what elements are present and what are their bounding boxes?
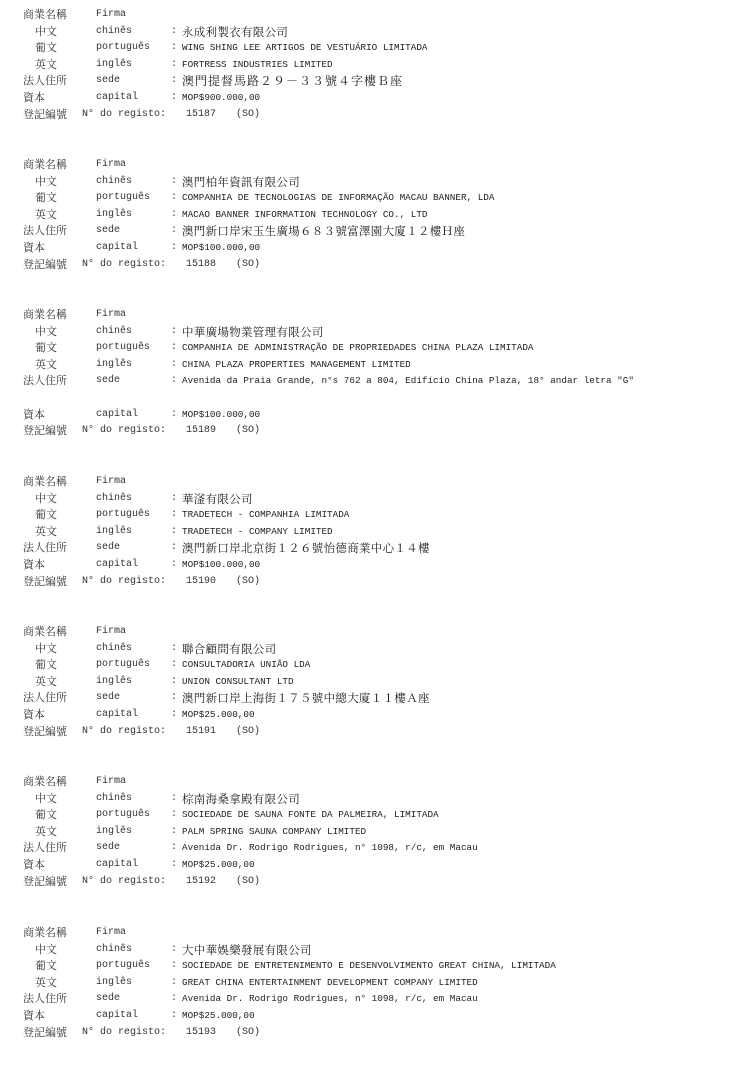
portuguese-name: COMPANHIA DE ADMINISTRAÇÃO DE PROPRIEDAD… xyxy=(182,340,533,357)
separator: : xyxy=(171,324,177,341)
registo-zh-label: 登記編號 xyxy=(23,257,67,274)
sede-zh-label: 法人住所 xyxy=(23,373,67,390)
capital-row: 資本 capital : MOP$25.000,00 xyxy=(0,707,752,724)
chines-pt-label: chinês xyxy=(96,641,132,658)
registration-suffix: (SO) xyxy=(236,107,260,124)
portugues-pt-label: português xyxy=(96,958,150,975)
capital-amount: MOP$25.000,00 xyxy=(182,1008,255,1025)
firma-header-row: 商業名稱 Firma xyxy=(0,157,752,174)
ingles-pt-label: inglês xyxy=(96,824,132,841)
registration-suffix: (SO) xyxy=(236,423,260,440)
chines-zh-label: 中文 xyxy=(35,324,57,341)
sede-zh-label: 法人住所 xyxy=(23,991,67,1008)
registo-pt-label: N° do registo: xyxy=(82,107,166,124)
company-entry: 商業名稱 Firma 中文 chinês : 澳門柏年資訊有限公司 葡文 por… xyxy=(0,157,752,273)
company-entry: 商業名稱 Firma 中文 chinês : 中華廣場物業管理有限公司 葡文 p… xyxy=(0,307,752,440)
chines-pt-label: chinês xyxy=(96,24,132,41)
firma-header-row: 商業名稱 Firma xyxy=(0,474,752,491)
capital-pt-label: capital xyxy=(96,407,138,424)
registration-number: 15191 xyxy=(186,724,216,741)
firma-header-row: 商業名稱 Firma xyxy=(0,624,752,641)
ingles-row: 英文 inglês : GREAT CHINA ENTERTAINMENT DE… xyxy=(0,975,752,992)
firma-header-row: 商業名稱 Firma xyxy=(0,7,752,24)
capital-amount: MOP$100.000,00 xyxy=(182,407,260,424)
separator: : xyxy=(171,942,177,959)
ingles-row: 英文 inglês : CHINA PLAZA PROPERTIES MANAG… xyxy=(0,357,752,374)
registo-row: 登記編號 N° do registo: 15187 (SO) xyxy=(0,107,752,124)
capital-pt-label: capital xyxy=(96,90,138,107)
ingles-row: 英文 inglês : PALM SPRING SAUNA COMPANY LI… xyxy=(0,824,752,841)
capital-row: 資本 capital : MOP$100.000,00 xyxy=(0,240,752,257)
registo-zh-label: 登記編號 xyxy=(23,724,67,741)
portugues-pt-label: português xyxy=(96,40,150,57)
capital-pt-label: capital xyxy=(96,1008,138,1025)
registo-pt-label: N° do registo: xyxy=(82,724,166,741)
chines-zh-label: 中文 xyxy=(35,641,57,658)
company-entry: 商業名稱 Firma 中文 chinês : 華滏有限公司 葡文 portugu… xyxy=(0,474,752,590)
capital-zh-label: 資本 xyxy=(23,707,45,724)
ingles-pt-label: inglês xyxy=(96,975,132,992)
ingles-pt-label: inglês xyxy=(96,524,132,541)
capital-amount: MOP$100.000,00 xyxy=(182,240,260,257)
separator: : xyxy=(171,223,177,240)
sede-pt-label: sede xyxy=(96,373,120,390)
chines-row: 中文 chinês : 澳門柏年資訊有限公司 xyxy=(0,174,752,191)
registration-number: 15189 xyxy=(186,423,216,440)
ingles-row: 英文 inglês : UNION CONSULTANT LTD xyxy=(0,674,752,691)
capital-zh-label: 資本 xyxy=(23,1008,45,1025)
firma-zh-label: 商業名稱 xyxy=(23,157,67,174)
capital-amount: MOP$100.000,00 xyxy=(182,557,260,574)
firma-pt-label: Firma xyxy=(96,925,126,942)
english-name: FORTRESS INDUSTRIES LIMITED xyxy=(182,57,333,74)
portuguese-name: CONSULTADORIA UNIÃO LDA xyxy=(182,657,310,674)
portuguese-name: SOCIEDADE DE SAUNA FONTE DA PALMEIRA, LI… xyxy=(182,807,439,824)
capital-row: 資本 capital : MOP$900.000,00 xyxy=(0,90,752,107)
portugues-row: 葡文 português : SOCIEDADE DE ENTRETENIMEN… xyxy=(0,958,752,975)
portugues-row: 葡文 português : TRADETECH - COMPANHIA LIM… xyxy=(0,507,752,524)
portugues-zh-label: 葡文 xyxy=(35,507,57,524)
chines-pt-label: chinês xyxy=(96,791,132,808)
registo-row: 登記編號 N° do registo: 15193 (SO) xyxy=(0,1025,752,1042)
company-entry: 商業名稱 Firma 中文 chinês : 大中華娛樂發展有限公司 葡文 po… xyxy=(0,925,752,1041)
portuguese-name: SOCIEDADE DE ENTRETENIMENTO E DESENVOLVI… xyxy=(182,958,556,975)
registration-number: 15192 xyxy=(186,874,216,891)
separator: : xyxy=(171,1008,177,1025)
sede-row: 法人住所 sede : 澳門提督馬路２９－３３號４字樓Ｂ座 xyxy=(0,73,752,90)
ingles-row: 英文 inglês : TRADETECH - COMPANY LIMITED xyxy=(0,524,752,541)
ingles-zh-label: 英文 xyxy=(35,975,57,992)
portuguese-name: COMPANHIA DE TECNOLOGIAS DE INFORMAÇÃO M… xyxy=(182,190,494,207)
capital-amount: MOP$25.000,00 xyxy=(182,707,255,724)
ingles-zh-label: 英文 xyxy=(35,57,57,74)
portugues-row: 葡文 português : SOCIEDADE DE SAUNA FONTE … xyxy=(0,807,752,824)
sede-pt-label: sede xyxy=(96,73,120,90)
sede-row: 法人住所 sede : 澳門新口岸宋玉生廣場６８３號富澤園大廈１２樓Ｈ座 xyxy=(0,223,752,240)
registration-number: 15190 xyxy=(186,574,216,591)
capital-zh-label: 資本 xyxy=(23,90,45,107)
sede-zh-label: 法人住所 xyxy=(23,73,67,90)
separator: : xyxy=(171,540,177,557)
firma-pt-label: Firma xyxy=(96,157,126,174)
separator: : xyxy=(171,991,177,1008)
ingles-pt-label: inglês xyxy=(96,57,132,74)
ingles-pt-label: inglês xyxy=(96,357,132,374)
chines-zh-label: 中文 xyxy=(35,174,57,191)
registration-number: 15187 xyxy=(186,107,216,124)
registration-number: 15188 xyxy=(186,257,216,274)
separator: : xyxy=(171,507,177,524)
portugues-zh-label: 葡文 xyxy=(35,40,57,57)
chines-zh-label: 中文 xyxy=(35,942,57,959)
chines-row: 中文 chinês : 大中華娛樂發展有限公司 xyxy=(0,942,752,959)
registo-row: 登記編號 N° do registo: 15188 (SO) xyxy=(0,257,752,274)
firma-zh-label: 商業名稱 xyxy=(23,774,67,791)
capital-zh-label: 資本 xyxy=(23,557,45,574)
separator: : xyxy=(171,958,177,975)
registration-suffix: (SO) xyxy=(236,724,260,741)
firma-zh-label: 商業名稱 xyxy=(23,925,67,942)
registration-suffix: (SO) xyxy=(236,257,260,274)
registo-zh-label: 登記編號 xyxy=(23,1025,67,1042)
separator: : xyxy=(171,975,177,992)
separator: : xyxy=(171,824,177,841)
separator: : xyxy=(171,791,177,808)
sede-row: 法人住所 sede : 澳門新口岸上海街１７５號中總大廈１１樓Ａ座 xyxy=(0,690,752,707)
sede-row: 法人住所 sede : Avenida da Praia Grande, n°s… xyxy=(0,373,752,406)
chinese-name: 聯合顧問有限公司 xyxy=(182,641,276,658)
chines-zh-label: 中文 xyxy=(35,491,57,508)
registered-address: 澳門新口岸宋玉生廣場６８３號富澤園大廈１２樓Ｈ座 xyxy=(182,223,465,240)
separator: : xyxy=(171,57,177,74)
english-name: CHINA PLAZA PROPERTIES MANAGEMENT LIMITE… xyxy=(182,357,411,374)
firma-header-row: 商業名稱 Firma xyxy=(0,925,752,942)
ingles-zh-label: 英文 xyxy=(35,524,57,541)
portugues-pt-label: português xyxy=(96,340,150,357)
chines-row: 中文 chinês : 華滏有限公司 xyxy=(0,491,752,508)
portugues-zh-label: 葡文 xyxy=(35,340,57,357)
firma-pt-label: Firma xyxy=(96,7,126,24)
chines-row: 中文 chinês : 聯合顧問有限公司 xyxy=(0,641,752,658)
chines-pt-label: chinês xyxy=(96,491,132,508)
registered-address: Avenida da Praia Grande, n°s 762 a 804, … xyxy=(182,373,702,390)
english-name: MACAO BANNER INFORMATION TECHNOLOGY CO.,… xyxy=(182,207,427,224)
separator: : xyxy=(171,340,177,357)
sede-row: 法人住所 sede : Avenida Dr. Rodrigo Rodrigue… xyxy=(0,840,752,857)
ingles-pt-label: inglês xyxy=(96,207,132,224)
capital-pt-label: capital xyxy=(96,557,138,574)
separator: : xyxy=(171,190,177,207)
ingles-zh-label: 英文 xyxy=(35,674,57,691)
firma-pt-label: Firma xyxy=(96,624,126,641)
portugues-row: 葡文 português : WING SHING LEE ARTIGOS DE… xyxy=(0,40,752,57)
ingles-zh-label: 英文 xyxy=(35,357,57,374)
capital-zh-label: 資本 xyxy=(23,407,45,424)
separator: : xyxy=(171,491,177,508)
firma-zh-label: 商業名稱 xyxy=(23,624,67,641)
ingles-pt-label: inglês xyxy=(96,674,132,691)
separator: : xyxy=(171,657,177,674)
firma-pt-label: Firma xyxy=(96,307,126,324)
capital-pt-label: capital xyxy=(96,857,138,874)
portugues-row: 葡文 português : CONSULTADORIA UNIÃO LDA xyxy=(0,657,752,674)
chines-row: 中文 chinês : 中華廣場物業管理有限公司 xyxy=(0,324,752,341)
firma-zh-label: 商業名稱 xyxy=(23,7,67,24)
sede-zh-label: 法人住所 xyxy=(23,540,67,557)
capital-pt-label: capital xyxy=(96,240,138,257)
chines-pt-label: chinês xyxy=(96,324,132,341)
portugues-row: 葡文 português : COMPANHIA DE ADMINISTRAÇÃ… xyxy=(0,340,752,357)
chinese-name: 澳門柏年資訊有限公司 xyxy=(182,174,300,191)
registo-pt-label: N° do registo: xyxy=(82,874,166,891)
separator: : xyxy=(171,690,177,707)
capital-row: 資本 capital : MOP$25.000,00 xyxy=(0,857,752,874)
registo-zh-label: 登記編號 xyxy=(23,423,67,440)
company-entry: 商業名稱 Firma 中文 chinês : 聯合顧問有限公司 葡文 portu… xyxy=(0,624,752,740)
separator: : xyxy=(171,357,177,374)
portugues-zh-label: 葡文 xyxy=(35,958,57,975)
ingles-zh-label: 英文 xyxy=(35,207,57,224)
chines-pt-label: chinês xyxy=(96,942,132,959)
portugues-pt-label: português xyxy=(96,507,150,524)
portugues-zh-label: 葡文 xyxy=(35,657,57,674)
sede-pt-label: sede xyxy=(96,540,120,557)
registo-pt-label: N° do registo: xyxy=(82,574,166,591)
separator: : xyxy=(171,524,177,541)
registo-row: 登記編號 N° do registo: 15189 (SO) xyxy=(0,423,752,440)
separator: : xyxy=(171,641,177,658)
registo-zh-label: 登記編號 xyxy=(23,107,67,124)
separator: : xyxy=(171,674,177,691)
separator: : xyxy=(171,707,177,724)
firma-pt-label: Firma xyxy=(96,474,126,491)
sede-pt-label: sede xyxy=(96,991,120,1008)
capital-zh-label: 資本 xyxy=(23,240,45,257)
separator: : xyxy=(171,90,177,107)
registo-row: 登記編號 N° do registo: 15190 (SO) xyxy=(0,574,752,591)
portugues-pt-label: português xyxy=(96,190,150,207)
registo-pt-label: N° do registo: xyxy=(82,1025,166,1042)
separator: : xyxy=(171,407,177,424)
separator: : xyxy=(171,207,177,224)
capital-row: 資本 capital : MOP$100.000,00 xyxy=(0,557,752,574)
ingles-row: 英文 inglês : FORTRESS INDUSTRIES LIMITED xyxy=(0,57,752,74)
chines-pt-label: chinês xyxy=(96,174,132,191)
firma-zh-label: 商業名稱 xyxy=(23,307,67,324)
firma-pt-label: Firma xyxy=(96,774,126,791)
chinese-name: 永成利製衣有限公司 xyxy=(182,24,288,41)
separator: : xyxy=(171,240,177,257)
ingles-row: 英文 inglês : MACAO BANNER INFORMATION TEC… xyxy=(0,207,752,224)
english-name: TRADETECH - COMPANY LIMITED xyxy=(182,524,333,541)
registo-row: 登記編號 N° do registo: 15191 (SO) xyxy=(0,724,752,741)
registered-address: 澳門新口岸上海街１７５號中總大廈１１樓Ａ座 xyxy=(182,690,430,707)
firma-header-row: 商業名稱 Firma xyxy=(0,774,752,791)
capital-zh-label: 資本 xyxy=(23,857,45,874)
registo-row: 登記編號 N° do registo: 15192 (SO) xyxy=(0,874,752,891)
sede-row: 法人住所 sede : Avenida Dr. Rodrigo Rodrigue… xyxy=(0,991,752,1008)
separator: : xyxy=(171,840,177,857)
registration-suffix: (SO) xyxy=(236,874,260,891)
registration-suffix: (SO) xyxy=(236,574,260,591)
capital-pt-label: capital xyxy=(96,707,138,724)
separator: : xyxy=(171,174,177,191)
ingles-zh-label: 英文 xyxy=(35,824,57,841)
separator: : xyxy=(171,40,177,57)
english-name: PALM SPRING SAUNA COMPANY LIMITED xyxy=(182,824,366,841)
company-entry: 商業名稱 Firma 中文 chinês : 棕南海桑拿殿有限公司 葡文 por… xyxy=(0,774,752,890)
sede-zh-label: 法人住所 xyxy=(23,690,67,707)
registo-pt-label: N° do registo: xyxy=(82,423,166,440)
capital-amount: MOP$900.000,00 xyxy=(182,90,260,107)
registo-zh-label: 登記編號 xyxy=(23,574,67,591)
registration-suffix: (SO) xyxy=(236,1025,260,1042)
portugues-row: 葡文 português : COMPANHIA DE TECNOLOGIAS … xyxy=(0,190,752,207)
firma-zh-label: 商業名稱 xyxy=(23,474,67,491)
chinese-name: 中華廣場物業管理有限公司 xyxy=(182,324,324,341)
separator: : xyxy=(171,73,177,90)
portuguese-name: TRADETECH - COMPANHIA LIMITADA xyxy=(182,507,349,524)
separator: : xyxy=(171,557,177,574)
chinese-name: 華滏有限公司 xyxy=(182,491,253,508)
chines-zh-label: 中文 xyxy=(35,24,57,41)
registered-address: 澳門提督馬路２９－３３號４字樓Ｂ座 xyxy=(182,73,403,90)
company-entry: 商業名稱 Firma 中文 chinês : 永成利製衣有限公司 葡文 port… xyxy=(0,7,752,123)
sede-pt-label: sede xyxy=(96,690,120,707)
sede-zh-label: 法人住所 xyxy=(23,840,67,857)
chines-row: 中文 chinês : 永成利製衣有限公司 xyxy=(0,24,752,41)
separator: : xyxy=(171,24,177,41)
capital-row: 資本 capital : MOP$25.000,00 xyxy=(0,1008,752,1025)
chines-zh-label: 中文 xyxy=(35,791,57,808)
sede-row: 法人住所 sede : 澳門新口岸北京街１２６號怡德商業中心１４樓 xyxy=(0,540,752,557)
registered-address: Avenida Dr. Rodrigo Rodrigues, n° 1098, … xyxy=(182,840,478,857)
chines-row: 中文 chinês : 棕南海桑拿殿有限公司 xyxy=(0,791,752,808)
firma-header-row: 商業名稱 Firma xyxy=(0,307,752,324)
sede-pt-label: sede xyxy=(96,223,120,240)
registration-number: 15193 xyxy=(186,1025,216,1042)
registo-zh-label: 登記編號 xyxy=(23,874,67,891)
sede-zh-label: 法人住所 xyxy=(23,223,67,240)
english-name: GREAT CHINA ENTERTAINMENT DEVELOPMENT CO… xyxy=(182,975,478,992)
separator: : xyxy=(171,807,177,824)
english-name: UNION CONSULTANT LTD xyxy=(182,674,294,691)
portugues-zh-label: 葡文 xyxy=(35,807,57,824)
portugues-zh-label: 葡文 xyxy=(35,190,57,207)
capital-amount: MOP$25.000,00 xyxy=(182,857,255,874)
portugues-pt-label: português xyxy=(96,807,150,824)
portugues-pt-label: português xyxy=(96,657,150,674)
registered-address: Avenida Dr. Rodrigo Rodrigues, n° 1098, … xyxy=(182,991,478,1008)
chinese-name: 棕南海桑拿殿有限公司 xyxy=(182,791,300,808)
sede-pt-label: sede xyxy=(96,840,120,857)
chinese-name: 大中華娛樂發展有限公司 xyxy=(182,942,312,959)
portuguese-name: WING SHING LEE ARTIGOS DE VESTUÁRIO LIMI… xyxy=(182,40,427,57)
separator: : xyxy=(171,373,177,390)
registo-pt-label: N° do registo: xyxy=(82,257,166,274)
registered-address: 澳門新口岸北京街１２６號怡德商業中心１４樓 xyxy=(182,540,430,557)
capital-row: 資本 capital : MOP$100.000,00 xyxy=(0,407,752,424)
separator: : xyxy=(171,857,177,874)
